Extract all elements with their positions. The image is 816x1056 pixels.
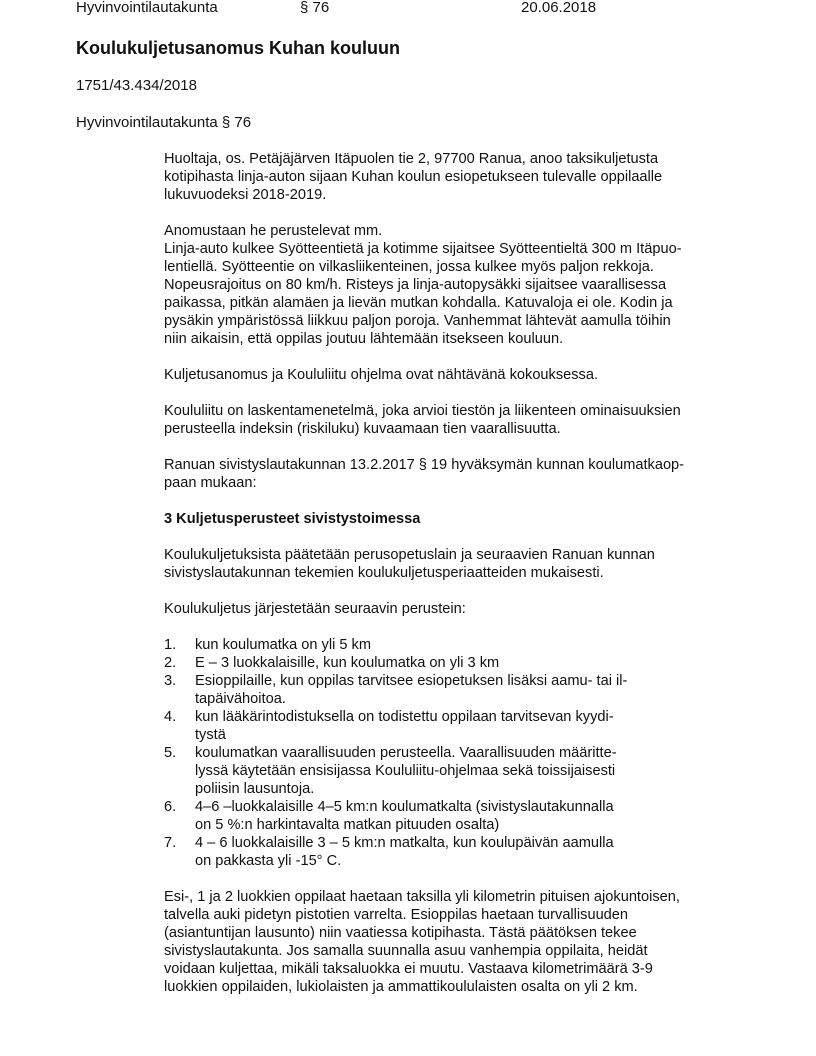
list-item: 5.koulumatkan vaarallisuuden perusteella…	[164, 744, 664, 798]
paragraph-reasons: Anomustaan he perustelevat mm.Linja-auto…	[164, 222, 744, 348]
paragraph-availability: Kuljetusanomus ja Koululiitu ohjelma ova…	[164, 366, 744, 384]
list-item: 7.4 – 6 luokkalaisille 3 – 5 km:n matkal…	[164, 834, 664, 870]
list-item: 6.4–6 –luokkalaisille 4–5 km:n koulumatk…	[164, 798, 664, 834]
list-item: 4.kun lääkärintodistuksella on todistett…	[164, 708, 664, 744]
list-item-number: 3.	[164, 672, 195, 708]
list-item-number: 6.	[164, 798, 195, 834]
subheading: 3 Kuljetusperusteet sivistystoimessa	[164, 510, 744, 528]
document-body: Huoltaja, os. Petäjäjärven Itäpuolen tie…	[164, 150, 744, 996]
header-paragraph: § 76	[300, 0, 329, 18]
paragraph-guide-reference: Ranuan sivistyslautakunnan 13.2.2017 § 1…	[164, 456, 744, 492]
paragraph-koululiitu: Koululiitu on laskentamenetelmä, joka ar…	[164, 402, 744, 438]
list-item-text: koulumatkan vaarallisuuden perusteella. …	[195, 744, 664, 798]
header-organization: Hyvinvointilautakunta	[76, 0, 218, 18]
list-item-number: 7.	[164, 834, 195, 870]
list-item-number: 5.	[164, 744, 195, 798]
list-item-text: Esioppilaille, kun oppilas tarvitsee esi…	[195, 672, 664, 708]
list-item: 2.E – 3 luokkalaisille, kun koulumatka o…	[164, 654, 664, 672]
document-title: Koulukuljetusanomus Kuhan kouluun	[76, 36, 400, 60]
list-item-text: E – 3 luokkalaisille, kun koulumatka on …	[195, 654, 664, 672]
header-date: 20.06.2018	[521, 0, 596, 18]
list-item-text: kun lääkärintodistuksella on todistettu …	[195, 708, 664, 744]
section-label: Hyvinvointilautakunta § 76	[76, 113, 251, 133]
paragraph-taxi-rules: Esi-, 1 ja 2 luokkien oppilaat haetaan t…	[164, 888, 744, 996]
list-item-text: 4–6 –luokkalaisille 4–5 km:n koulumatkal…	[195, 798, 664, 834]
paragraph-decisions: Koulukuljetuksista päätetään perusopetus…	[164, 546, 744, 582]
list-item-number: 2.	[164, 654, 195, 672]
paragraph-criteria-intro: Koulukuljetus järjestetään seuraavin per…	[164, 600, 744, 618]
list-item-number: 1.	[164, 636, 195, 654]
diary-number: 1751/43.434/2018	[76, 76, 197, 96]
list-item-number: 4.	[164, 708, 195, 744]
criteria-list: 1.kun koulumatka on yli 5 km2.E – 3 luok…	[164, 636, 744, 870]
list-item: 3.Esioppilaille, kun oppilas tarvitsee e…	[164, 672, 664, 708]
paragraph-application: Huoltaja, os. Petäjäjärven Itäpuolen tie…	[164, 150, 744, 204]
list-item-text: 4 – 6 luokkalaisille 3 – 5 km:n matkalta…	[195, 834, 664, 870]
list-item: 1.kun koulumatka on yli 5 km	[164, 636, 664, 654]
list-item-text: kun koulumatka on yli 5 km	[195, 636, 664, 654]
